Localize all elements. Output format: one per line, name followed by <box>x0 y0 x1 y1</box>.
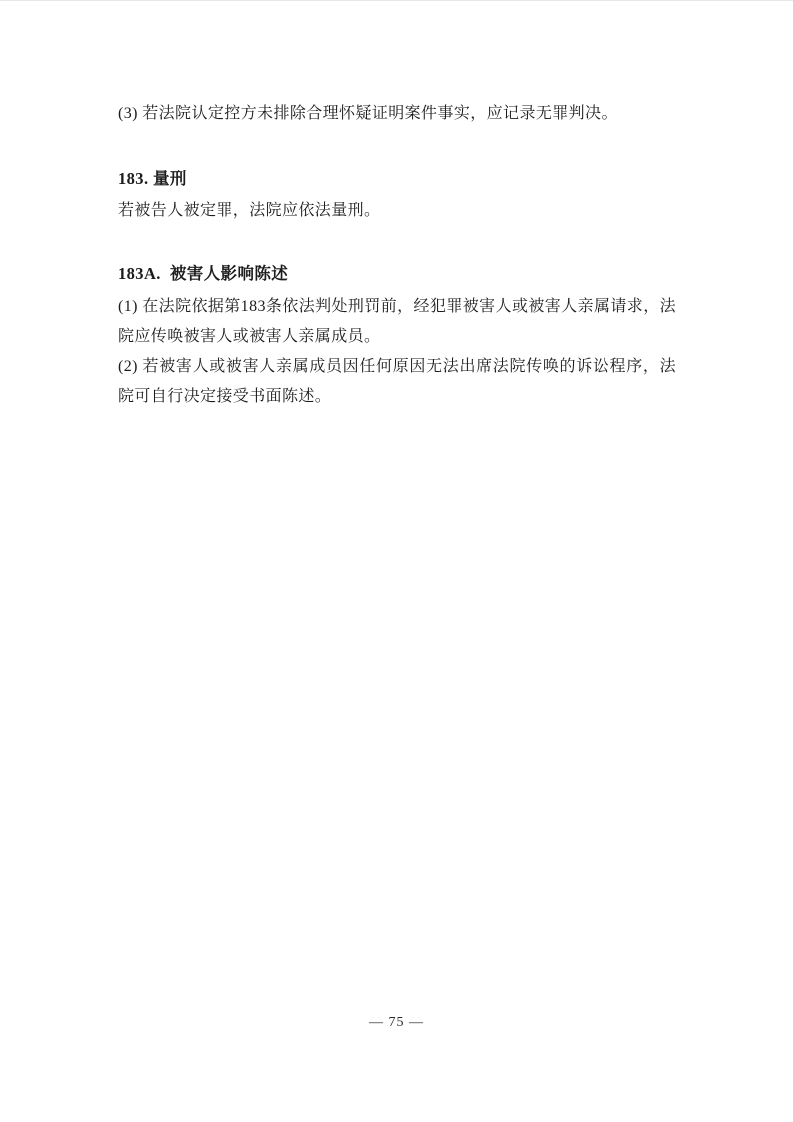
section-183-heading: 183. 量刑 <box>118 164 676 194</box>
page-footer: — 75 — <box>0 1013 793 1033</box>
document-content: (3) 若法院认定控方未排除合理怀疑证明案件事实，应记录无罪判决。 183. 量… <box>118 1 676 412</box>
page-number: — 75 — <box>369 1015 424 1030</box>
section-183-body: 若被告人被定罪，法院应依法量刑。 <box>118 196 676 226</box>
document-page: (3) 若法院认定控方未排除合理怀疑证明案件事实，应记录无罪判决。 183. 量… <box>0 0 793 1122</box>
clause-3-paragraph: (3) 若法院认定控方未排除合理怀疑证明案件事实，应记录无罪判决。 <box>118 99 676 129</box>
section-183a-paragraph-2: (2) 若被害人或被害人亲属成员因任何原因无法出席法院传唤的诉讼程序，法院可自行… <box>118 352 676 412</box>
section-183a-paragraph-1: (1) 在法院依据第183条依法判处刑罚前，经犯罪被害人或被害人亲属请求，法院应… <box>118 292 676 352</box>
section-183a-heading: 183A. 被害人影响陈述 <box>118 259 676 289</box>
